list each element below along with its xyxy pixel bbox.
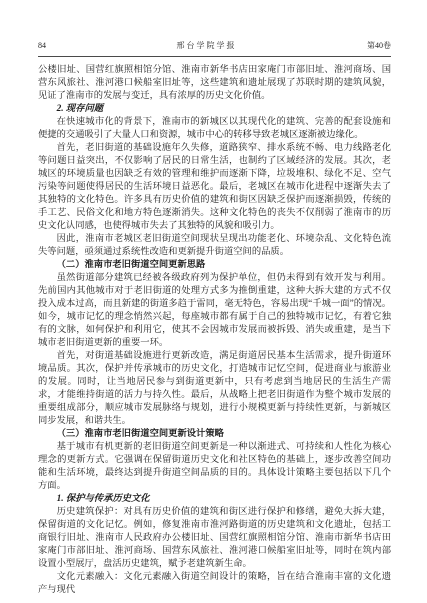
subheading-existing-problems: 2. 现存问题: [38, 103, 391, 116]
page-number: 84: [38, 41, 46, 50]
subheading-protect-heritage: 1. 保护与传承历史文化: [38, 493, 391, 506]
paragraph: 在快速城市化的背景下，淮南市的新城区以其现代化的建筑、完善的配套设施和便捷的交通…: [38, 116, 391, 142]
paragraph: 因此，淮南市老城区老旧街道空间现状呈现出功能老化、环境杂乱、文化特色流失等问题，…: [38, 233, 391, 259]
section-heading-renewal-approach: （二）淮南市老旧街道空间更新思路: [38, 259, 391, 272]
section-heading-design-strategy: （三）淮南市老旧街道空间更新设计策略: [38, 428, 391, 441]
paragraph: 基于城市有机更新的老旧街道空间更新是一种以渐进式、可持续和人性化为核心理念的更新…: [38, 441, 391, 493]
journal-page: 84 邢台学院学报 第40卷 公楼旧址、国营红旗照相馆分馆、淮南市新华书店田家庵…: [0, 0, 427, 603]
paragraph-continued: 公楼旧址、国营红旗照相馆分馆、淮南市新华书店田家庵门市部旧址、淮河商场、国营东风…: [38, 64, 391, 103]
journal-title: 邢台学院学报: [177, 40, 237, 51]
volume-label: 第40卷: [367, 40, 391, 51]
paragraph: 首先，对街道基础设施进行更新改造，满足街道居民基本生活需求，提升街道环境品质。其…: [38, 350, 391, 428]
article-body: 公楼旧址、国营红旗照相馆分馆、淮南市新华书店田家庵门市部旧址、淮河商场、国营东风…: [38, 64, 391, 597]
paragraph: 文化元素融入：文化元素融入街道空间设计的策略，旨在结合淮南丰富的文化遗产与现代: [38, 571, 391, 597]
running-header: 84 邢台学院学报 第40卷: [38, 40, 391, 57]
paragraph: 首先，老旧街道的基础设施年久失修，道路狭窄、排水系统不畅、电力线路老化等问题日益…: [38, 142, 391, 233]
paragraph: 历史建筑保护：对具有历史价值的建筑和街区进行保护和修缮，避免大拆大建，保留街道的…: [38, 506, 391, 571]
paragraph: 虽然街道部分建筑已经被各级政府列为保护单位，但仍未得到有效开发与利用。先前国内其…: [38, 272, 391, 350]
